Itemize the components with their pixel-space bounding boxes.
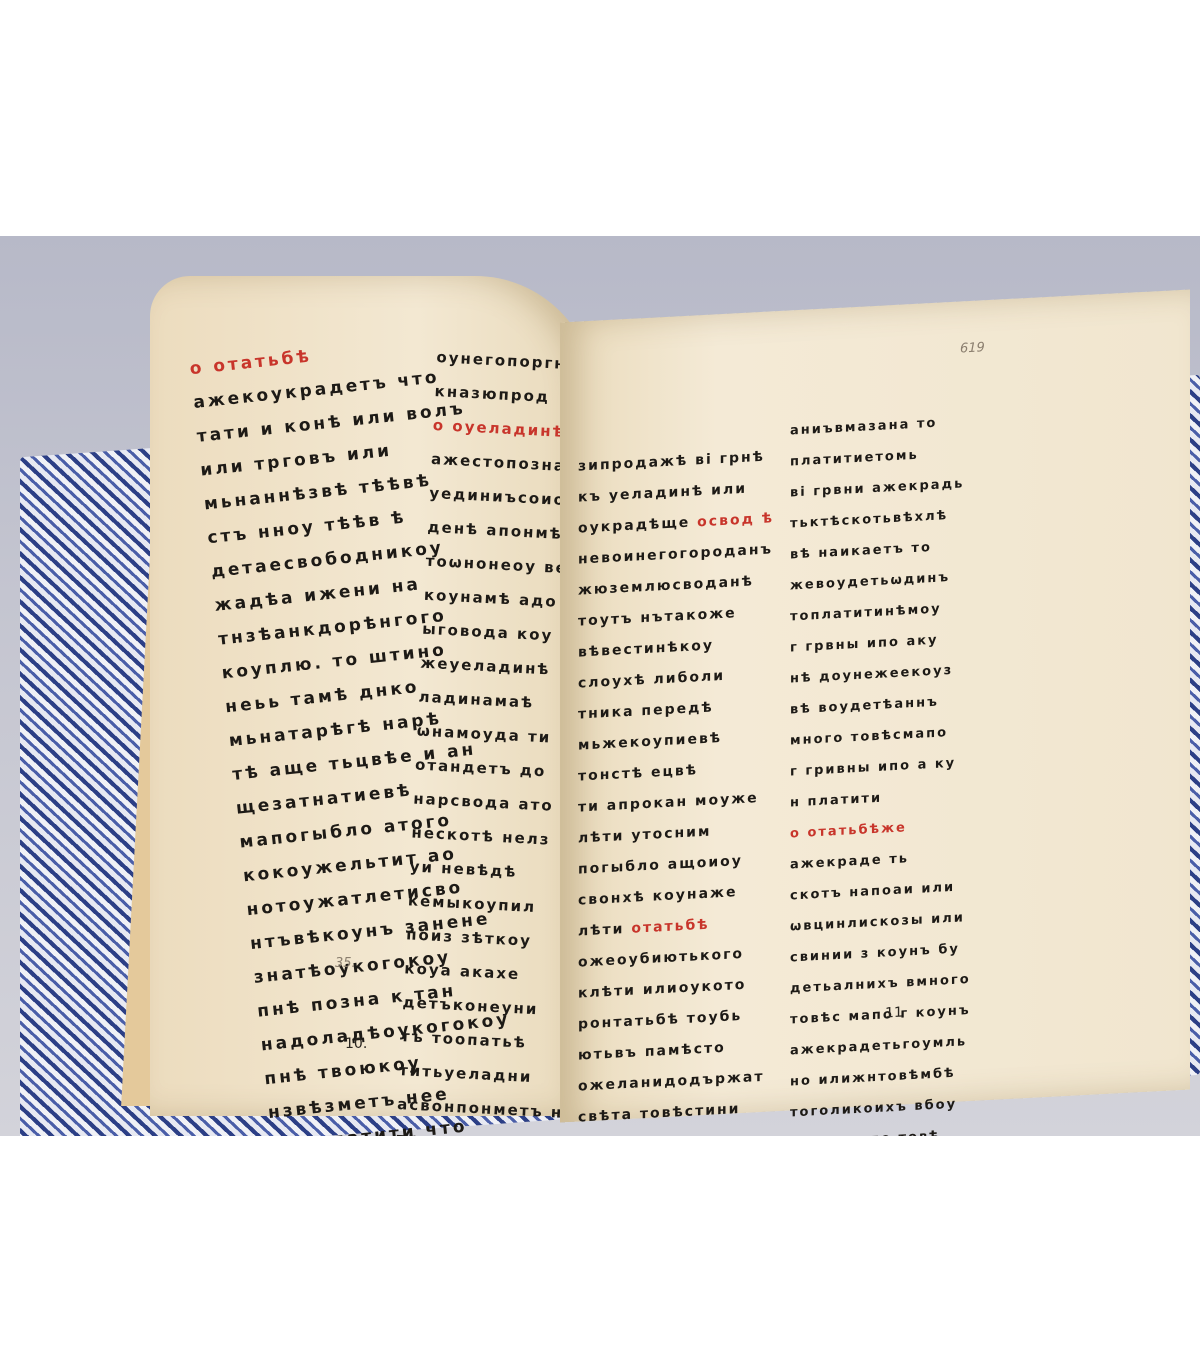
rubric-inline: освод ѣ	[697, 510, 774, 530]
rubric-heading: отатьбѣ	[631, 917, 709, 937]
right-page: 619 зипродажѣ ві грнѣ къ уеладинѣ или оу…	[560, 289, 1190, 1122]
text-line: лѣти	[578, 921, 624, 939]
folio-note: 619	[960, 340, 985, 356]
page-number-left: 10.	[345, 1036, 367, 1052]
left-page: о отатьбѣ ажекоукрадетъ что тати и конѣ …	[150, 276, 595, 1116]
text-line: оукрадѣще	[578, 515, 690, 537]
photograph: о отатьбѣ ажекоукрадетъ что тати и конѣ …	[0, 236, 1200, 1136]
right-column-1: зипродажѣ ві грнѣ къ уеладинѣ или оукрад…	[578, 441, 777, 1136]
right-column-2: аниъвмазана то платитиетомь ві грвни аже…	[790, 406, 971, 1136]
page-number-right: 11	[885, 1005, 903, 1022]
margin-number: 35.	[335, 956, 356, 971]
